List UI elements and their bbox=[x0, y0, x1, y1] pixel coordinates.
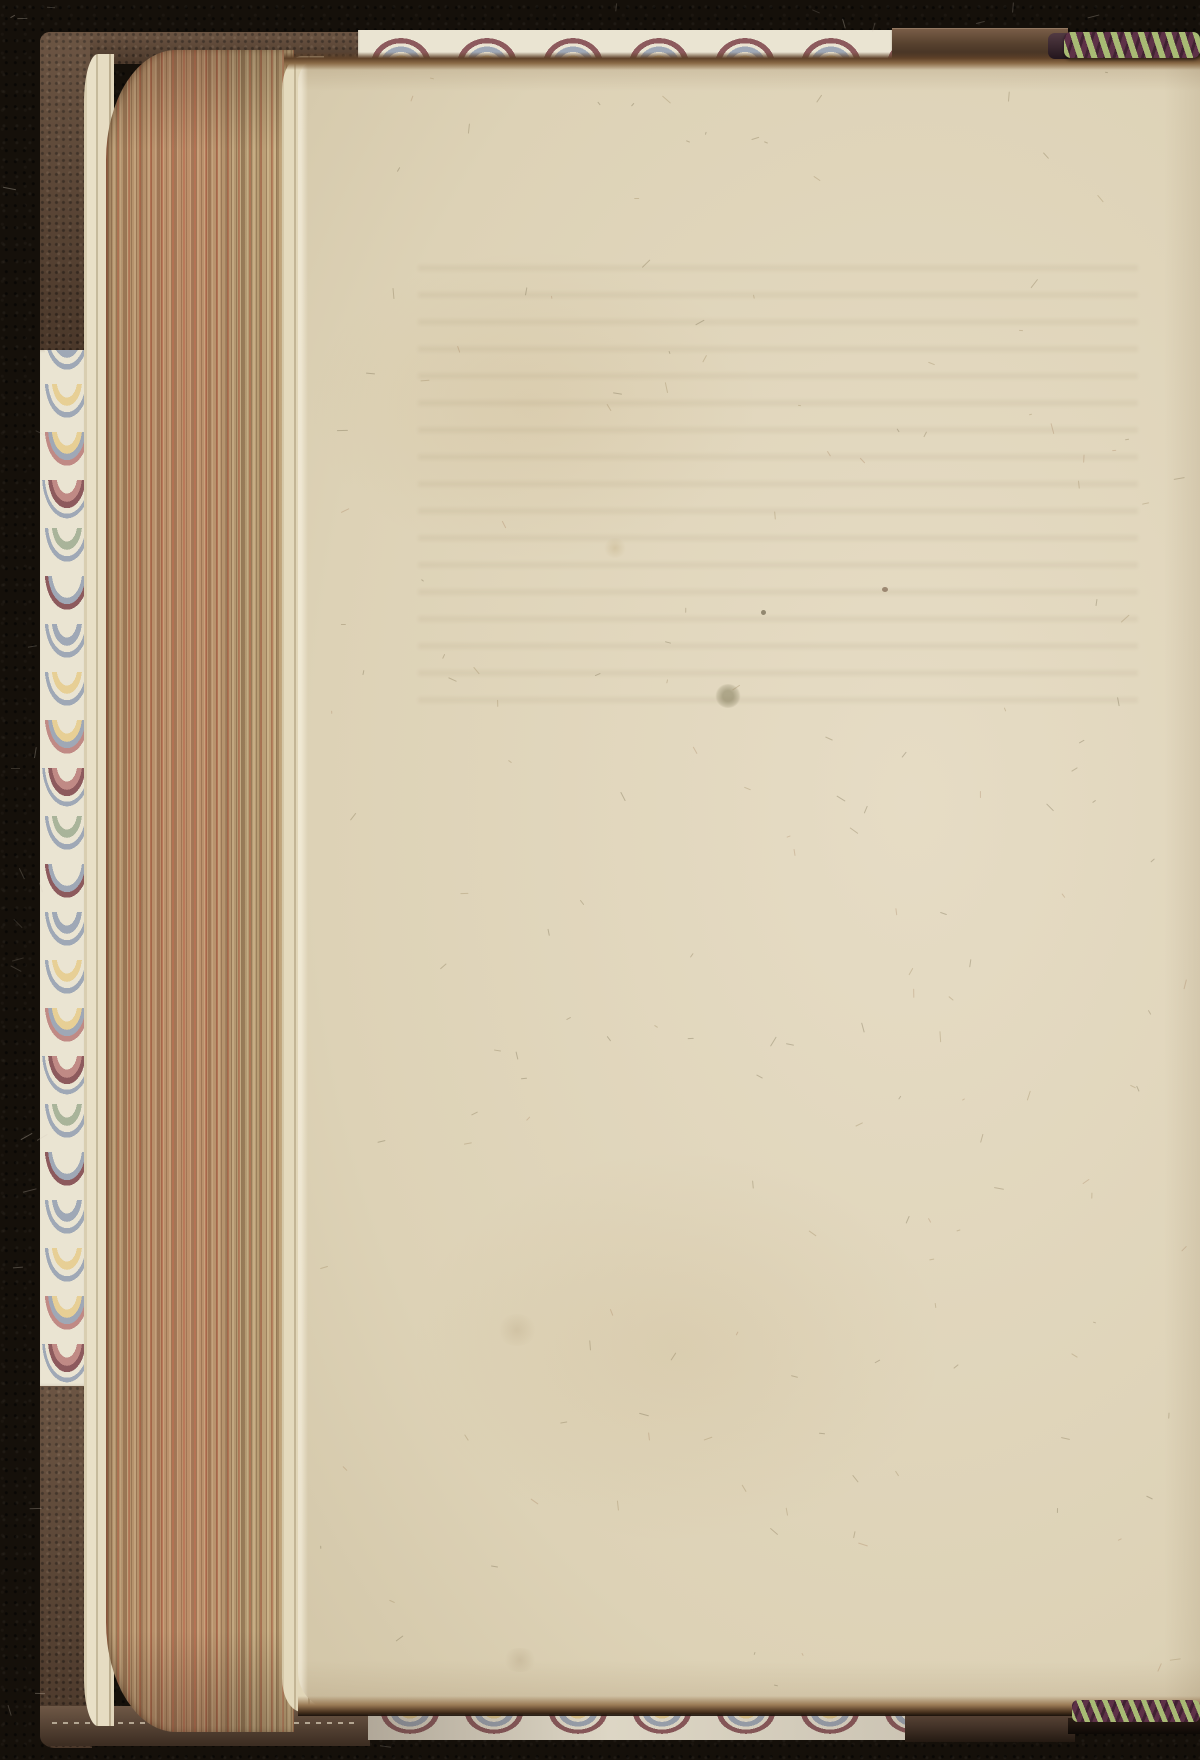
paper-fiber bbox=[377, 1140, 385, 1143]
paper-fiber bbox=[396, 167, 399, 172]
paper-fiber bbox=[787, 835, 791, 837]
headband bbox=[1064, 32, 1200, 58]
felt-lint-fiber bbox=[13, 919, 22, 928]
paper-fiber bbox=[928, 1217, 931, 1222]
paper-fiber bbox=[1026, 1091, 1030, 1101]
paper-fiber bbox=[802, 1653, 804, 1656]
felt-lint-fiber bbox=[21, 1133, 33, 1140]
paper-fiber bbox=[902, 752, 907, 758]
stain bbox=[715, 684, 741, 708]
paper-fiber bbox=[764, 141, 768, 144]
paper-fiber bbox=[994, 1187, 1004, 1190]
paper-fiber bbox=[393, 288, 395, 299]
paper-fiber bbox=[953, 1364, 958, 1369]
paper-fiber bbox=[580, 900, 585, 905]
paper-fiber bbox=[774, 1685, 778, 1687]
stain bbox=[502, 1648, 538, 1672]
felt-lint-fiber bbox=[1087, 15, 1099, 19]
paper-fiber bbox=[1118, 1539, 1122, 1541]
paper-fiber bbox=[1071, 1353, 1077, 1357]
paper-fiber bbox=[1130, 1085, 1135, 1088]
paper-fiber bbox=[742, 1485, 747, 1493]
paper-fiber bbox=[620, 792, 625, 801]
felt-lint-fiber bbox=[812, 9, 820, 13]
paper-fiber bbox=[855, 1123, 863, 1128]
paper-fiber bbox=[1093, 1322, 1096, 1324]
paper-fiber bbox=[752, 1181, 754, 1189]
paper-fiber bbox=[895, 1470, 899, 1476]
paper-fiber bbox=[1061, 1437, 1070, 1440]
paper-fiber bbox=[969, 959, 971, 968]
paper-fiber bbox=[341, 508, 349, 513]
felt-lint-fiber bbox=[10, 15, 15, 18]
paper-fiber bbox=[688, 1038, 694, 1039]
paper-fiber bbox=[526, 1116, 530, 1120]
paper-fiber bbox=[671, 1352, 677, 1360]
stain bbox=[761, 610, 766, 615]
paper-fiber bbox=[980, 1134, 984, 1143]
paper-fiber bbox=[809, 1230, 817, 1236]
felt-lint-fiber bbox=[615, 3, 617, 11]
paper-fiber bbox=[852, 1475, 858, 1482]
paper-fiber bbox=[430, 78, 434, 80]
paper-fiber bbox=[1043, 152, 1049, 158]
felt-lint-fiber bbox=[23, 1188, 37, 1192]
paper-fiber bbox=[819, 1433, 825, 1435]
leather-corner-top-left bbox=[40, 32, 90, 350]
paper-fiber bbox=[464, 1143, 472, 1145]
paper-fiber bbox=[320, 1265, 328, 1268]
paper-fiber bbox=[704, 1436, 712, 1440]
paper-fiber bbox=[793, 849, 795, 856]
stain bbox=[603, 538, 627, 558]
marbled-board-edge-bottom bbox=[368, 1714, 905, 1740]
fore-edge-text-block bbox=[106, 50, 294, 1732]
paper-fiber bbox=[1146, 1495, 1152, 1499]
paper-fiber bbox=[756, 1074, 763, 1078]
felt-lint-fiber bbox=[11, 768, 20, 769]
paper-fiber bbox=[609, 1309, 613, 1316]
paper-fiber bbox=[467, 124, 469, 134]
paper-fiber bbox=[1182, 1246, 1187, 1251]
paper-fiber bbox=[1079, 740, 1084, 744]
felt-lint-fiber bbox=[3, 186, 16, 189]
paper-fiber bbox=[861, 1023, 865, 1033]
paper-fiber bbox=[548, 928, 550, 935]
paper-fiber bbox=[1142, 503, 1149, 505]
paper-fiber bbox=[980, 792, 981, 799]
paper-fiber bbox=[817, 95, 823, 103]
felt-lint-fiber bbox=[17, 18, 27, 19]
paper-fiber bbox=[639, 1412, 649, 1416]
paper-fiber bbox=[686, 140, 690, 143]
paper-fiber bbox=[560, 1421, 567, 1423]
felt-lint-fiber bbox=[11, 966, 22, 972]
paper-fiber bbox=[934, 1303, 936, 1308]
paper-fiber bbox=[607, 1036, 611, 1041]
felt-lint-fiber bbox=[34, 748, 37, 759]
paper-fiber bbox=[913, 989, 914, 998]
paper-fiber bbox=[343, 1466, 348, 1471]
paper-fiber bbox=[648, 1432, 650, 1440]
paper-fiber bbox=[516, 1051, 519, 1059]
marbled-endpaper-strip bbox=[40, 350, 88, 1386]
paper-fiber bbox=[320, 1546, 321, 1550]
tailband bbox=[1072, 1700, 1200, 1722]
paper-fiber bbox=[1137, 1086, 1140, 1091]
paper-fiber bbox=[1098, 194, 1104, 201]
paper-fiber bbox=[1092, 800, 1096, 803]
paper-fiber bbox=[464, 1434, 469, 1440]
paper-fiber bbox=[1148, 1010, 1152, 1015]
paper-fiber bbox=[366, 372, 375, 374]
paper-fiber bbox=[494, 1050, 501, 1052]
paper-fiber bbox=[814, 176, 821, 181]
paper-fiber bbox=[956, 1229, 961, 1231]
paper-fiber bbox=[825, 737, 832, 741]
paper-fiber bbox=[736, 1331, 739, 1335]
paper-fiber bbox=[471, 1112, 478, 1116]
paper-fiber bbox=[705, 131, 707, 135]
paper-fiber bbox=[337, 430, 348, 431]
paper-fiber bbox=[754, 1652, 756, 1655]
paper-fiber bbox=[460, 892, 468, 893]
page-bottom-edge-shadow bbox=[298, 1696, 1200, 1716]
paper-fiber bbox=[858, 1543, 868, 1547]
felt-lint-fiber bbox=[1012, 2, 1014, 12]
paper-fiber bbox=[1057, 1508, 1058, 1513]
paper-fiber bbox=[631, 103, 634, 106]
paper-fiber bbox=[1174, 477, 1185, 480]
paper-fiber bbox=[940, 912, 947, 915]
paper-fiber bbox=[837, 796, 846, 802]
paper-fiber bbox=[1105, 72, 1108, 74]
paper-fiber bbox=[1168, 1413, 1169, 1419]
paper-fiber bbox=[1157, 1663, 1162, 1672]
paper-fiber bbox=[530, 1498, 538, 1504]
felt-lint-fiber bbox=[8, 1705, 12, 1716]
paper-fiber bbox=[1071, 767, 1077, 772]
marble-shell bbox=[40, 1344, 88, 1386]
felt-lint-fiber bbox=[19, 868, 25, 879]
paper-fiber bbox=[864, 806, 868, 813]
stain bbox=[882, 587, 888, 592]
paper-fiber bbox=[491, 1565, 498, 1567]
paper-fiber bbox=[693, 746, 698, 754]
paper-fiber bbox=[351, 813, 357, 820]
paper-fiber bbox=[853, 1531, 855, 1538]
felt-lint-fiber bbox=[380, 1746, 391, 1748]
paper-fiber bbox=[597, 101, 600, 105]
paper-fiber bbox=[1170, 1658, 1181, 1660]
felt-lint-fiber bbox=[976, 21, 985, 24]
blank-page bbox=[298, 58, 1200, 1710]
paper-fiber bbox=[689, 953, 693, 958]
paper-fiber bbox=[1082, 1179, 1089, 1184]
paper-fiber bbox=[589, 1341, 591, 1351]
paper-fiber bbox=[751, 137, 759, 140]
paper-fiber bbox=[508, 760, 512, 763]
paper-fiber bbox=[662, 95, 671, 103]
paper-fiber bbox=[617, 1501, 619, 1511]
paper-fiber bbox=[389, 1600, 395, 1604]
paper-fiber bbox=[940, 1031, 942, 1042]
paper-fiber bbox=[786, 1508, 788, 1516]
paper-fiber bbox=[341, 624, 346, 625]
paper-fiber bbox=[929, 1258, 934, 1260]
paper-fiber bbox=[898, 1096, 901, 1100]
paper-fiber bbox=[634, 198, 639, 199]
paper-fiber bbox=[906, 1216, 910, 1223]
felt-lint-fiber bbox=[28, 645, 37, 647]
paper-fiber bbox=[908, 968, 913, 975]
paper-fiber bbox=[363, 670, 365, 675]
paper-fiber bbox=[962, 1098, 965, 1100]
paper-fiber bbox=[874, 1359, 880, 1363]
paper-fiber bbox=[566, 1017, 571, 1020]
paper-fiber bbox=[948, 996, 953, 1001]
paper-fiber bbox=[1151, 859, 1156, 863]
paper-fiber bbox=[1061, 893, 1065, 897]
paper-fiber bbox=[791, 1375, 798, 1378]
paper-fiber bbox=[331, 710, 332, 713]
photo-frame bbox=[0, 0, 1200, 1760]
felt-lint-fiber bbox=[13, 1267, 23, 1269]
paper-fiber bbox=[410, 95, 413, 101]
paper-fiber bbox=[1184, 979, 1187, 989]
paper-fiber bbox=[744, 787, 751, 790]
paper-fiber bbox=[1091, 1193, 1092, 1199]
paper-fiber bbox=[786, 1044, 794, 1047]
felt-lint-fiber bbox=[842, 18, 846, 28]
paper-fiber bbox=[850, 827, 858, 833]
paper-fiber bbox=[770, 1037, 776, 1047]
paper-fiber bbox=[770, 1528, 778, 1535]
paper-fiber bbox=[1046, 804, 1054, 812]
showthrough-text-ghost bbox=[418, 248, 1138, 718]
felt-lint-fiber bbox=[12, 957, 24, 961]
paper-fiber bbox=[895, 908, 897, 915]
felt-lint-fiber bbox=[47, 6, 55, 8]
paper-fiber bbox=[1008, 91, 1010, 101]
paper-fiber bbox=[440, 964, 447, 970]
paper-fiber bbox=[395, 1635, 403, 1641]
paper-fiber bbox=[654, 1025, 658, 1028]
stain bbox=[496, 1314, 538, 1346]
paper-fiber bbox=[521, 1078, 527, 1079]
